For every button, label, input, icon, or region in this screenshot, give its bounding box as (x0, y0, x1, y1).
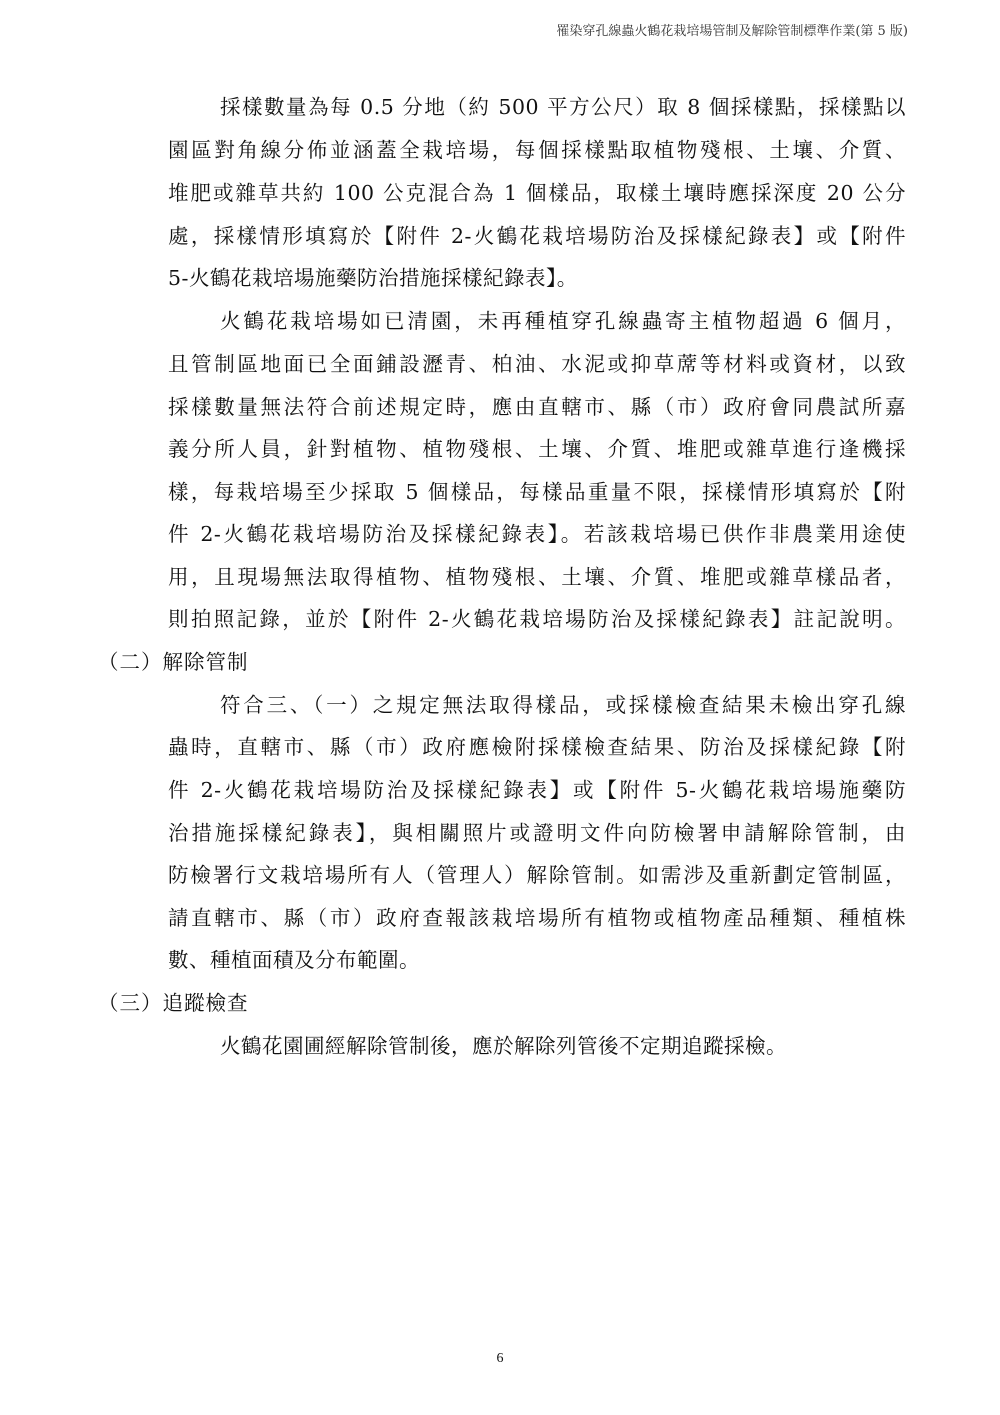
section-heading-tracking: （三）追蹤檢查 (98, 988, 249, 1018)
text-line: 件 2-火鶴花栽培場防治及採樣紀錄表】。若該栽培場已供作非農業用途使 (168, 519, 906, 549)
text-line: 數、種植面積及分布範圍。 (168, 945, 906, 975)
text-line: 處，採樣情形填寫於【附件 2-火鶴花栽培場防治及採樣紀錄表】或【附件 (168, 221, 906, 251)
text-line: 用，且現場無法取得植物、植物殘根、土壤、介質、堆肥或雜草樣品者， (168, 562, 906, 592)
text-line: 蟲時，直轄市、縣（市）政府應檢附採樣檢查結果、防治及採樣紀錄【附 (168, 732, 906, 762)
text-line: 樣，每栽培場至少採取 5 個樣品，每樣品重量不限，採樣情形填寫於【附 (168, 477, 906, 507)
section-heading-release: （二）解除管制 (98, 647, 249, 677)
text-line: 堆肥或雜草共約 100 公克混合為 1 個樣品，取樣土壤時應採深度 20 公分 (168, 178, 906, 208)
text-line: 採樣數量為每 0.5 分地（約 500 平方公尺）取 8 個採樣點，採樣點以 (220, 92, 906, 122)
text-line: 符合三、（一）之規定無法取得樣品，或採樣檢查結果未檢出穿孔線 (220, 690, 906, 720)
text-line: 則拍照記錄，並於【附件 2-火鶴花栽培場防治及採樣紀錄表】註記說明。 (168, 604, 906, 634)
text-line: 火鶴花栽培場如已清園，未再種植穿孔線蟲寄主植物超過 6 個月， (220, 306, 906, 336)
text-line: 且管制區地面已全面鋪設瀝青、柏油、水泥或抑草蓆等材料或資材，以致 (168, 349, 906, 379)
text-line: 園區對角線分佈並涵蓋全栽培場，每個採樣點取植物殘根、土壤、介質、 (168, 135, 906, 165)
text-line: 件 2-火鶴花栽培場防治及採樣紀錄表】或【附件 5-火鶴花栽培場施藥防 (168, 775, 906, 805)
text-line: 請直轄市、縣（市）政府查報該栽培場所有植物或植物產品種類、種植株 (168, 903, 906, 933)
text-line: 採樣數量無法符合前述規定時，應由直轄市、縣（市）政府會同農試所嘉 (168, 392, 906, 422)
document-header-title: 罹染穿孔線蟲火鶴花栽培場管制及解除管制標準作業(第 5 版) (556, 20, 908, 39)
text-line: 治措施採樣紀錄表】，與相關照片或證明文件向防檢署申請解除管制，由 (168, 818, 906, 848)
page-number: 6 (0, 1351, 1000, 1367)
text-line: 火鶴花園圃經解除管制後，應於解除列管後不定期追蹤採檢。 (220, 1031, 906, 1061)
text-line: 防檢署行文栽培場所有人（管理人）解除管制。如需涉及重新劃定管制區， (168, 860, 906, 890)
text-line: 義分所人員，針對植物、植物殘根、土壤、介質、堆肥或雜草進行逢機採 (168, 434, 906, 464)
text-line: 5-火鶴花栽培場施藥防治措施採樣紀錄表】。 (168, 263, 906, 293)
